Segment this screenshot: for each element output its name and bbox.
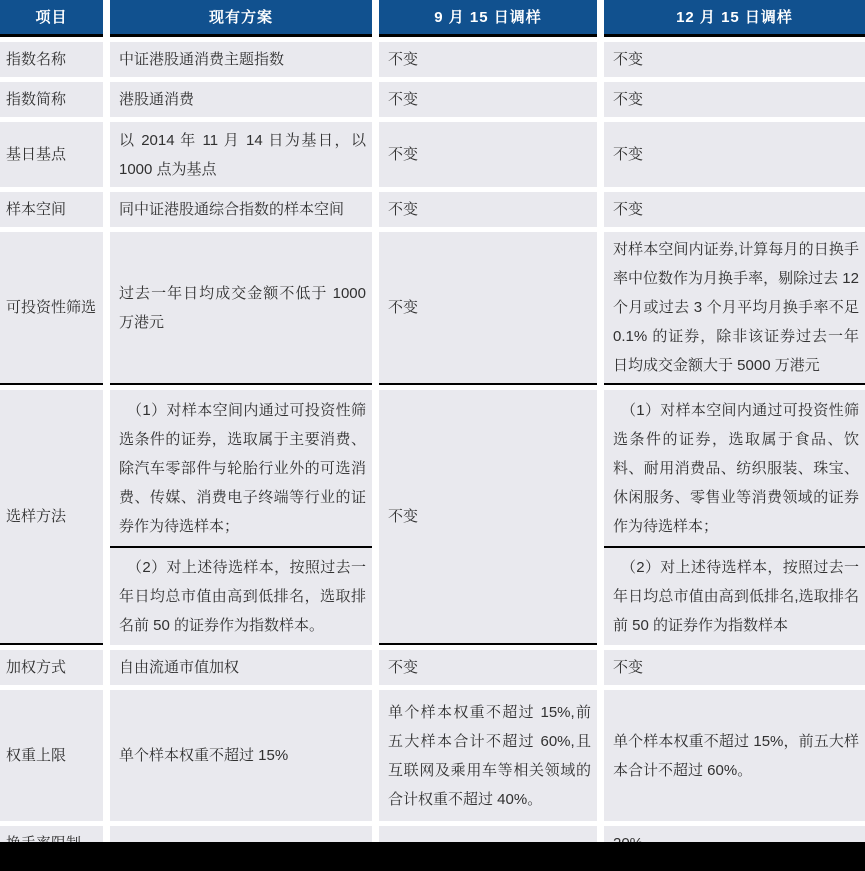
item-cell: 基日基点 — [0, 122, 103, 187]
item-cell: 样本空间 — [0, 192, 103, 227]
page: 项目 现有方案 9 月 15 日调样 12 月 15 日调样 指数名称 中证港股… — [0, 0, 865, 871]
cell-text: 过去一年日均成交金额不低于 1000 万港元 — [119, 279, 366, 337]
item-cell: 可投资性筛选 — [0, 232, 103, 385]
dec15-cell: 单个样本权重不超过 15%，前五大样本合计不超过 60%。 — [604, 690, 865, 821]
current-step2: （2）对上述待选样本，按照过去一年日均总市值由高到低排名，选取排名前 50 的证… — [110, 548, 372, 645]
current-cell: 以 2014 年 11 月 14 日为基日，以 1000 点为基点 — [110, 122, 372, 187]
cell-text: （2）对上述待选样本，按照过去一年日均总市值由高到低排名，选取排名前 50 的证… — [119, 553, 366, 640]
item-cell: 权重上限 — [0, 690, 103, 821]
current-cell: 单个样本权重不超过 15% — [110, 690, 372, 821]
dec15-cell: 对样本空间内证券,计算每月的日换手率中位数作为月换手率，剔除过去 12 个月或过… — [604, 232, 865, 385]
item-cell: 指数名称 — [0, 42, 103, 77]
dec15-cell: 不变 — [604, 192, 865, 227]
dec15-cell: 不变 — [604, 650, 865, 685]
sep15-cell: 不变 — [379, 232, 597, 385]
item-cell: 加权方式 — [0, 650, 103, 685]
header-sep15-adjustment: 9 月 15 日调样 — [379, 0, 597, 37]
current-cell: 港股通消费 — [110, 82, 372, 117]
cell-text: （1）对样本空间内通过可投资性筛选条件的证券，选取属于食品、饮料、耐用消费品、纺… — [613, 396, 859, 541]
current-step1: （1）对样本空间内通过可投资性筛选条件的证券，选取属于主要消费、除汽车零部件与轮… — [110, 390, 372, 548]
bottom-black-bar — [0, 842, 865, 871]
current-cell: （1）对样本空间内通过可投资性筛选条件的证券，选取属于主要消费、除汽车零部件与轮… — [110, 390, 372, 645]
dec15-cell: 不变 — [604, 42, 865, 77]
cell-text: （2）对上述待选样本，按照过去一年日均总市值由高到低排名,选取排名前 50 的证… — [613, 553, 859, 640]
dec15-step1: （1）对样本空间内通过可投资性筛选条件的证券，选取属于食品、饮料、耐用消费品、纺… — [604, 390, 865, 548]
index-adjustment-table: 项目 现有方案 9 月 15 日调样 12 月 15 日调样 指数名称 中证港股… — [0, 0, 865, 861]
dec15-cell: 不变 — [604, 82, 865, 117]
cell-text: 单个样本权重不超过 15%,前五大样本合计不超过 60%,且互联网及乘用车等相关… — [388, 698, 591, 814]
cell-text: （1）对样本空间内通过可投资性筛选条件的证券，选取属于主要消费、除汽车零部件与轮… — [119, 396, 366, 541]
sep15-cell: 不变 — [379, 390, 597, 645]
dec15-step2: （2）对上述待选样本，按照过去一年日均总市值由高到低排名,选取排名前 50 的证… — [604, 548, 865, 645]
header-dec15-adjustment: 12 月 15 日调样 — [604, 0, 865, 37]
item-cell: 指数简称 — [0, 82, 103, 117]
current-cell: 中证港股通消费主题指数 — [110, 42, 372, 77]
cell-text: 单个样本权重不超过 15%，前五大样本合计不超过 60%。 — [613, 727, 859, 785]
item-cell: 选样方法 — [0, 390, 103, 645]
cell-text: 以 2014 年 11 月 14 日为基日，以 1000 点为基点 — [119, 126, 366, 184]
current-cell: 同中证港股通综合指数的样本空间 — [110, 192, 372, 227]
dec15-cell: 不变 — [604, 122, 865, 187]
sep15-cell: 不变 — [379, 650, 597, 685]
sep15-cell: 不变 — [379, 122, 597, 187]
sep15-cell: 不变 — [379, 192, 597, 227]
current-cell: 自由流通市值加权 — [110, 650, 372, 685]
sep15-cell: 单个样本权重不超过 15%,前五大样本合计不超过 60%,且互联网及乘用车等相关… — [379, 690, 597, 821]
sep15-cell: 不变 — [379, 42, 597, 77]
dec15-cell: （1）对样本空间内通过可投资性筛选条件的证券，选取属于食品、饮料、耐用消费品、纺… — [604, 390, 865, 645]
current-cell: 过去一年日均成交金额不低于 1000 万港元 — [110, 232, 372, 385]
cell-text: 对样本空间内证券,计算每月的日换手率中位数作为月换手率，剔除过去 12 个月或过… — [613, 235, 859, 380]
sep15-cell: 不变 — [379, 82, 597, 117]
header-current-plan: 现有方案 — [110, 0, 372, 37]
header-item: 项目 — [0, 0, 103, 37]
